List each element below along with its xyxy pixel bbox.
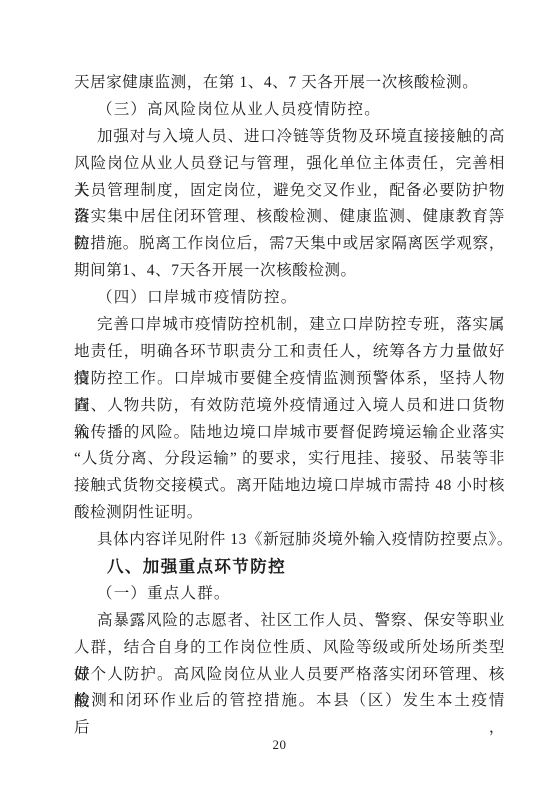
document-page: 天居家健康监测，在第 1、4、7 天各开展一次核酸检测。 （三）高风险岗位从业人… [0,0,559,793]
page-number: 20 [0,737,559,753]
text-line: 天居家健康监测，在第 1、4、7 天各开展一次核酸检测。 [74,70,505,97]
text-line: 接触式货物交接模式。离开陆地边境口岸城市需持 48 小时核 [74,473,505,500]
text-line: 人员管理制度，固定岗位，避免交叉作业，配备必要防护物资， [74,178,505,205]
text-line: 人群，结合自身的工作岗位性质、风险等级或所处场所类型做 [74,635,505,662]
text-line: 风险岗位从业人员登记与管理，强化单位主体责任，完善相关 [74,151,505,178]
text-line: 加强对与入境人员、进口冷链等货物及环境直接接触的高 [74,124,505,151]
text-line: 期间第1、4、7天各开展一次核酸检测。 [74,258,505,285]
text-line: 查、人物共防，有效防范境外疫情通过入境人员和进口货物输 [74,393,505,420]
text-line: 完善口岸城市疫情防控机制，建立口岸防控专班，落实属 [74,312,505,339]
text-line: 控措施。脱离工作岗位后，需7天集中或居家隔离医学观察， [74,231,505,258]
text-line: 好个人防护。高风险岗位从业人员要严格落实闭环管理、核酸 [74,662,505,689]
attachment-ref-line: 具体内容详见附件 13《新冠肺炎境外输入疫情防控要点》。 [74,527,505,554]
text-line: 检测和闭环作业后的管控措施。本县（区）发生本土疫情后， [74,688,505,715]
subheading-line-1: （一）重点人群。 [74,581,505,608]
document-body: 天居家健康监测，在第 1、4、7 天各开展一次核酸检测。 （三）高风险岗位从业人… [74,70,505,715]
text-line: 地责任，明确各环节职责分工和责任人，统筹各方力量做好疫 [74,339,505,366]
text-line: 高暴露风险的志愿者、社区工作人员、警察、保安等职业 [74,608,505,635]
subheading-line-4: （四）口岸城市疫情防控。 [74,285,505,312]
text-line: “人货分离、分段运输” 的要求，实行甩挂、接驳、吊装等非 [74,446,505,473]
section-heading-8: 八、加强重点环节防控 [74,554,505,581]
subheading-line-3: （三）高风险岗位从业人员疫情防控。 [74,97,505,124]
text-line: 情防控工作。口岸城市要健全疫情监测预警体系，坚持人物同 [74,366,505,393]
text-line: 落实集中居住闭环管理、核酸检测、健康监测、健康教育等防 [74,204,505,231]
text-line: 入传播的风险。陆地边境口岸城市要督促跨境运输企业落实 [74,420,505,447]
text-line: 酸检测阴性证明。 [74,500,505,527]
